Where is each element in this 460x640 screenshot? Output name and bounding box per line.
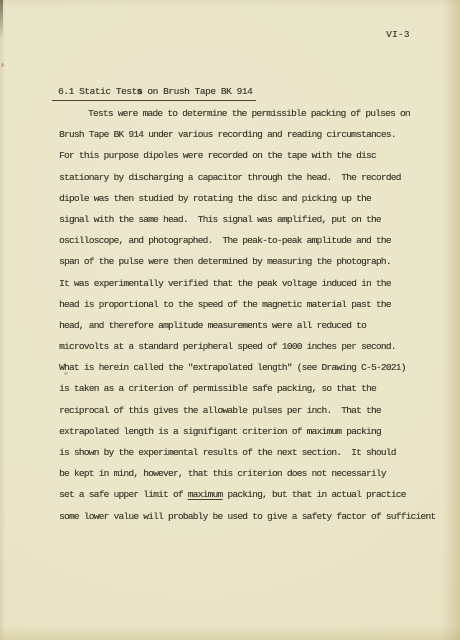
line-text: Tests were made to determine the permiss… bbox=[88, 108, 410, 119]
line-text: reciprocal of this gives the allowable p… bbox=[59, 405, 381, 416]
line-text: oscilloscope, and photographed. The peak… bbox=[59, 235, 391, 246]
scanned-document-page: VI-3 6.1 Static Tests on Brush Tape BK 9… bbox=[0, 0, 460, 640]
line-text: extrapolated length is a signifigant cri… bbox=[59, 426, 381, 437]
line-text: dipole was then studied by rotating the … bbox=[59, 193, 371, 204]
line-text: be kept in mind, however, that this crit… bbox=[59, 468, 386, 479]
line-text: stationary by discharging a capacitor th… bbox=[59, 172, 401, 183]
line-text: set a safe upper limit of bbox=[59, 489, 188, 500]
typed-line: be kept in mind, however, that this crit… bbox=[59, 463, 435, 484]
underlined-word: maximum bbox=[188, 489, 223, 500]
line-text: span of the pulse were then determined b… bbox=[59, 256, 391, 267]
body-paragraph: Tests were made to determine the permiss… bbox=[59, 103, 435, 527]
typed-line: microvolts at a standard peripheral spee… bbox=[59, 336, 435, 357]
typed-line: It was experimentally verified that the … bbox=[59, 273, 435, 294]
scan-smudge bbox=[64, 372, 68, 375]
line-text: is shown by the experimental results of … bbox=[59, 447, 396, 458]
typed-line: stationary by discharging a capacitor th… bbox=[59, 167, 435, 188]
line-text: It was experimentally verified that the … bbox=[59, 278, 391, 289]
typed-line: dipole was then studied by rotating the … bbox=[59, 188, 435, 209]
line-text: packing, but that in actual practice bbox=[222, 489, 405, 500]
typed-line: head, and therefore amplitude measuremen… bbox=[59, 315, 435, 336]
typed-line: reciprocal of this gives the allowable p… bbox=[59, 400, 435, 421]
typed-line: span of the pulse were then determined b… bbox=[59, 251, 435, 272]
line-text: Brush Tape BK 914 under various recordin… bbox=[59, 129, 396, 140]
line-text: is taken as a criterion of permissible s… bbox=[59, 383, 376, 394]
scan-speck bbox=[1, 63, 4, 67]
typed-line: some lower value will probably be used t… bbox=[59, 506, 435, 527]
typed-line: oscilloscope, and photographed. The peak… bbox=[59, 230, 435, 251]
line-text: some lower value will probably be used t… bbox=[59, 511, 435, 522]
section-heading: 6.1 Static Tests on Brush Tape BK 914 bbox=[52, 86, 256, 101]
line-text: signal with the same head. This signal w… bbox=[59, 214, 381, 225]
typed-line: extrapolated length is a signifigant cri… bbox=[59, 421, 435, 442]
typed-line: is shown by the experimental results of … bbox=[59, 442, 435, 463]
section-heading-text: 6.1 Static Test bbox=[58, 86, 137, 97]
typed-line: is taken as a criterion of permissible s… bbox=[59, 378, 435, 399]
scan-edge-shadow bbox=[0, 0, 3, 40]
line-text: head, and therefore amplitude measuremen… bbox=[59, 320, 366, 331]
line-text: What is herein called the "extrapolated … bbox=[59, 362, 406, 373]
typed-line: signal with the same head. This signal w… bbox=[59, 209, 435, 230]
page-number: VI-3 bbox=[386, 29, 410, 40]
typed-line: Brush Tape BK 914 under various recordin… bbox=[59, 124, 435, 145]
typed-line: Tests were made to determine the permiss… bbox=[59, 103, 435, 124]
typed-line: set a safe upper limit of maximum packin… bbox=[59, 484, 435, 505]
line-text: head is proportional to the speed of the… bbox=[59, 299, 391, 310]
typed-line: For this purpose dipoles were recorded o… bbox=[59, 145, 435, 166]
typed-line: head is proportional to the speed of the… bbox=[59, 294, 435, 315]
section-heading-text: on Brush Tape BK 914 bbox=[142, 86, 252, 97]
line-text: microvolts at a standard peripheral spee… bbox=[59, 341, 396, 352]
line-text: For this purpose dipoles were recorded o… bbox=[59, 150, 376, 161]
typed-line: What is herein called the "extrapolated … bbox=[59, 357, 435, 378]
